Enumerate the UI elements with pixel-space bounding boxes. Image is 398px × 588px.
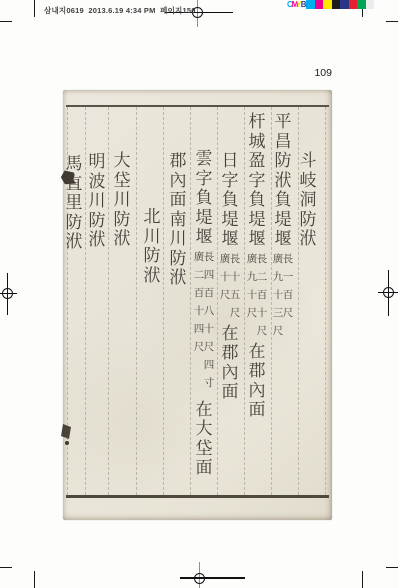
color-swatch [357,0,366,9]
column-rule [190,107,191,495]
registration-circle-icon [194,573,205,584]
color-calibration-bar: CMYB [287,0,374,9]
page-number: 109 [306,67,332,79]
column-text: 北川防洑 [144,208,161,286]
page-frame-top-line [66,105,329,107]
trim-mark-bottom-right-h [386,567,398,569]
cmyb-letters: CMYB [287,0,305,9]
proof-sheet: { "proof_header": { "text": "삼내지0619 201… [0,0,398,588]
trim-mark-top-left-v [34,0,36,17]
registration-line-icon [180,577,245,579]
width-measurement: 廣二百十四尺 [194,248,204,392]
text-column-6: 郡內面南川防洑 [168,152,188,289]
length-measurement: 長一百尺 [283,250,293,340]
text-column-8: 大垈川防洑 [112,152,132,250]
color-swatch [306,0,315,9]
proof-header-label: 삼내지0619 2013.6.19 4:34 PM 페이지150 [44,5,196,16]
column-text: 雲字負堤堰 [196,150,213,248]
column-rule [108,107,109,495]
text-column-2: 平昌防洑負堤堰廣九十三尺長一百尺 [273,113,293,340]
column-text: 馬直里防洑 [66,155,83,253]
width-measurement: 廣九十三尺 [273,250,283,340]
column-text: 日字負堤堰 [222,152,239,250]
measurement-pair: 廣十尺長十五尺 [220,250,240,322]
trim-mark-bottom-left-h [0,567,12,569]
ink-blemish [61,424,71,439]
trim-mark-top-right-h [386,21,398,23]
trim-mark-bottom-left-v [34,571,36,588]
color-swatch [332,0,341,9]
registration-circle-icon [383,287,394,298]
color-swatches [306,0,374,9]
text-column-7: 北川防洑 [142,208,162,286]
column-text: 在郡內面 [222,325,239,403]
column-rule [136,107,137,495]
measurement-pair: 廣九十尺長二百十尺 [247,250,267,340]
color-letter: B [301,0,306,9]
column-rule [217,107,218,495]
column-text: 斗岐洞防洑 [300,152,317,250]
measurement-pair: 廣二百十四尺長四百八十尺四寸 [194,248,214,392]
color-swatch [315,0,324,9]
text-column-9: 明波川防洑 [87,153,107,251]
text-column-3: 杆城盈字負堤堰廣九十尺長二百十尺在郡內面 [247,113,267,421]
text-column-10: 馬直里防洑 [64,155,84,253]
column-text: 大垈川防洑 [114,152,131,250]
column-text: 郡內面南川防洑 [170,152,187,289]
length-measurement: 長十五尺 [230,250,240,322]
trim-mark-bottom-right-v [362,571,364,588]
column-rule [244,107,245,495]
scanned-book-page: 斗岐洞防洑平昌防洑負堤堰廣九十三尺長一百尺杆城盈字負堤堰廣九十尺長二百十尺在郡內… [63,90,332,520]
column-text: 杆城盈字負堤堰 [249,113,266,250]
registration-circle-icon [2,288,13,299]
text-column-1: 斗岐洞防洑 [298,152,318,250]
page-frame-bottom-line [66,495,329,498]
width-measurement: 廣九十尺 [247,250,257,340]
column-text: 平昌防洑負堤堰 [275,113,292,250]
length-measurement: 長二百十尺 [257,250,267,340]
width-measurement: 廣十尺 [220,250,230,322]
column-rule [163,107,164,495]
column-rule [85,107,86,495]
color-swatch [323,0,332,9]
color-swatch [349,0,358,9]
text-column-4: 日字負堤堰廣十尺長十五尺在郡內面 [220,152,240,403]
ink-blemish [65,441,69,445]
color-swatch [340,0,349,9]
column-text: 在郡內面 [249,343,266,421]
column-text: 在大垈面 [196,401,213,479]
length-measurement: 長四百八十尺四寸 [204,248,214,392]
measurement-pair: 廣九十三尺長一百尺 [273,250,293,340]
column-rule [325,107,326,495]
column-text: 明波川防洑 [89,153,106,251]
trim-mark-top-left-h [0,21,12,23]
text-column-5: 雲字負堤堰廣二百十四尺長四百八十尺四寸在大垈面 [194,150,214,479]
color-swatch [366,0,375,9]
